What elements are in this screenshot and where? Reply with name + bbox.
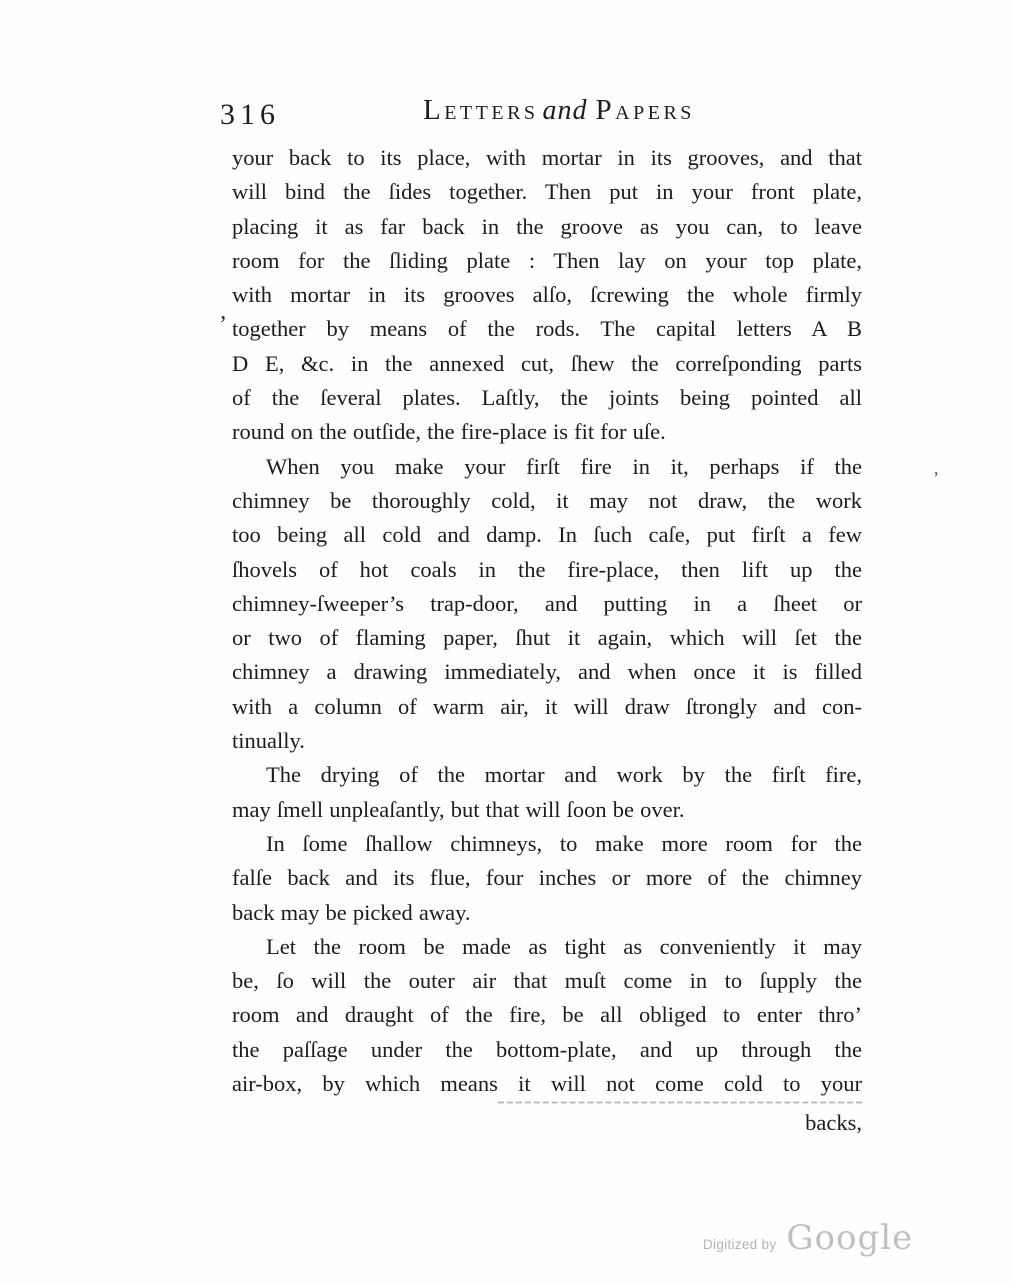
text-line: falſe back and its flue, four inches or … bbox=[232, 861, 862, 895]
catchword: backs, bbox=[232, 1106, 862, 1140]
watermark-prefix: Digitized by bbox=[703, 1237, 776, 1252]
paragraph: The drying of the mortar and work by the… bbox=[232, 758, 862, 827]
text-line: or two of flaming paper, ſhut it again, … bbox=[232, 621, 862, 655]
text-line: placing it as far back in the groove as … bbox=[232, 210, 862, 244]
text-line: Let the room be made as tight as conveni… bbox=[232, 930, 862, 964]
text-line: with a column of warm air, it will draw … bbox=[232, 690, 862, 724]
google-logo: Google bbox=[786, 1218, 913, 1258]
page-title: LettersandPapers bbox=[423, 94, 695, 127]
text-line: back may be picked away. bbox=[232, 896, 862, 930]
text-line: chimney a drawing immediately, and when … bbox=[232, 655, 862, 689]
paragraph: your back to its place, with mortar in i… bbox=[232, 141, 862, 450]
scan-speck bbox=[933, 468, 939, 489]
title-conjunction: and bbox=[543, 95, 588, 126]
text-line: ſhovels of hot coals in the fire-place, … bbox=[232, 553, 862, 587]
text-line: too being all cold and damp. In ſuch caſ… bbox=[232, 518, 862, 552]
text-line: the paſſage under the bottom-plate, and … bbox=[232, 1033, 862, 1067]
text-line: together by means of the rods. The capit… bbox=[232, 312, 862, 346]
page-number: 316 bbox=[220, 98, 280, 132]
text-line: In ſome ſhallow chimneys, to make more r… bbox=[232, 827, 862, 861]
text-line: round on the outſide, the fire-place is … bbox=[232, 415, 862, 449]
text-line: air-box, by which means it will not come… bbox=[232, 1067, 862, 1101]
paragraph: In ſome ſhallow chimneys, to make more r… bbox=[232, 827, 862, 930]
text-block: your back to its place, with mortar in i… bbox=[232, 141, 862, 1141]
text-line: The drying of the mortar and work by the… bbox=[232, 758, 862, 792]
text-line: tinually. bbox=[232, 724, 862, 758]
text-line: your back to its place, with mortar in i… bbox=[232, 141, 862, 175]
text-line: room for the ſliding plate : Then lay on… bbox=[232, 244, 862, 278]
scan-bleed-line bbox=[498, 1102, 862, 1104]
text-line: will bind the ſides together. Then put i… bbox=[232, 175, 862, 209]
text-line: chimney-ſweeper’s trap-door, and putting… bbox=[232, 587, 862, 621]
text-line: When you make your firſt fire in it, per… bbox=[232, 450, 862, 484]
text-line: be, ſo will the outer air that muſt come… bbox=[232, 964, 862, 998]
scan-speck bbox=[219, 312, 227, 339]
text-line: with mortar in its grooves alſo, ſcrewin… bbox=[232, 278, 862, 312]
paragraph: When you make your firſt fire in it, per… bbox=[232, 450, 862, 759]
title-word-papers: Papers bbox=[596, 94, 695, 126]
text-line: chimney be thoroughly cold, it may not d… bbox=[232, 484, 862, 518]
paragraph: Let the room be made as tight as conveni… bbox=[232, 930, 862, 1101]
book-page: 316 LettersandPapers your back to its pl… bbox=[0, 0, 1014, 1282]
text-line: D E, &c. in the annexed cut, ſhew the co… bbox=[232, 347, 862, 381]
title-word-letters: Letters bbox=[423, 94, 539, 126]
running-head: 316 LettersandPapers bbox=[220, 94, 880, 138]
digitization-watermark: Digitized by Google bbox=[703, 1218, 913, 1258]
text-line: may ſmell unpleaſantly, but that will ſo… bbox=[232, 793, 862, 827]
text-line: of the ſeveral plates. Laſtly, the joint… bbox=[232, 381, 862, 415]
text-line: room and draught of the fire, be all obl… bbox=[232, 998, 862, 1032]
